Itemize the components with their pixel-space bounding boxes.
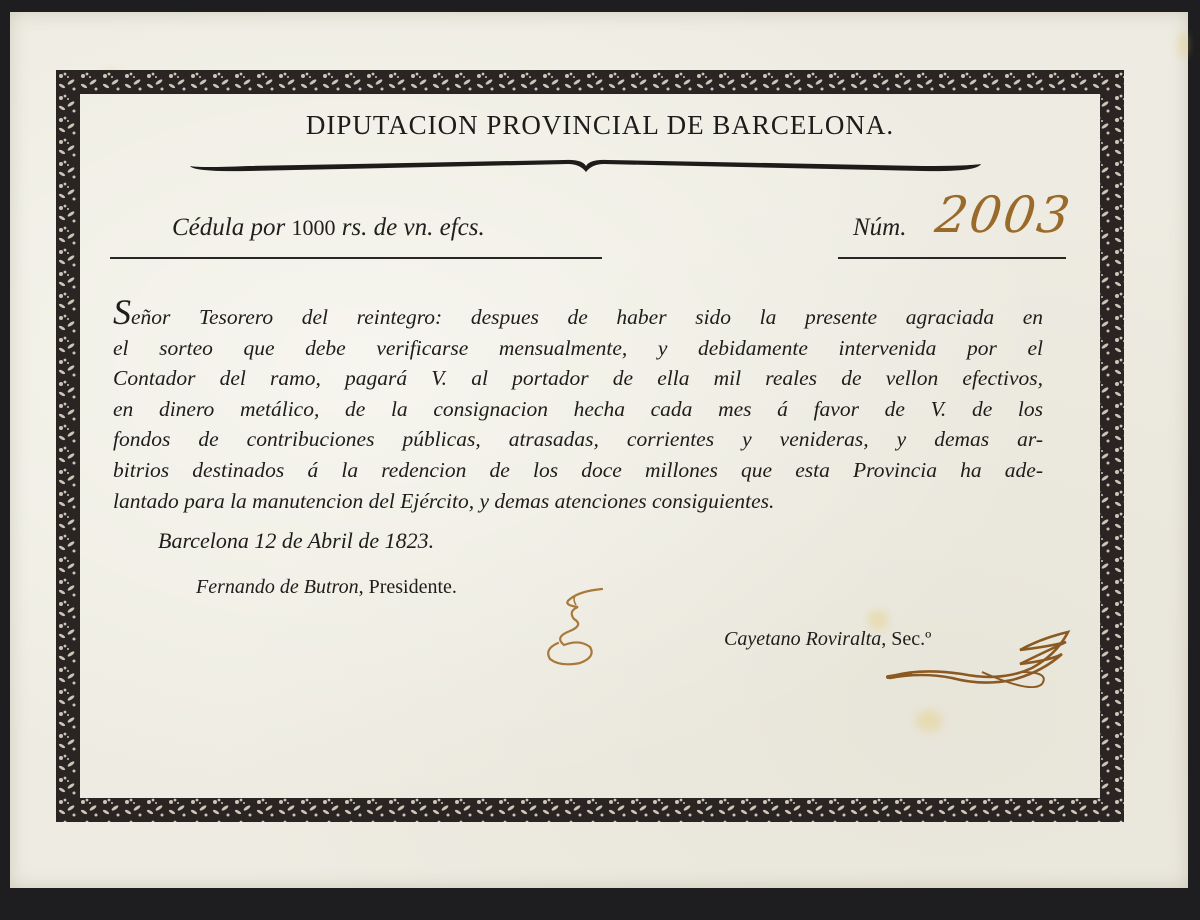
president-rubric-signature-icon <box>540 585 610 670</box>
denomination-suffix: rs. de vn. efcs. <box>335 214 484 241</box>
secretary-name: Cayetano Roviralta <box>724 628 881 650</box>
president-title: , Presidente. <box>359 576 457 598</box>
denomination-underline <box>110 257 602 259</box>
body-line-3: Contador del ramo, pagará V. al portador… <box>113 363 1043 394</box>
body-line-7: lantado para la manutencion del Ejército… <box>113 486 1043 517</box>
document-title: DIPUTACION PROVINCIAL DE BARCELONA. <box>0 110 1200 141</box>
denomination-amount: 1000 <box>291 215 335 240</box>
denomination-prefix: Cédula por <box>172 214 291 241</box>
serial-number-handwritten: 2003 <box>932 186 1075 244</box>
secretary-rubric-signature-icon <box>882 624 1082 700</box>
president-signature-line: Fernando de Butron, Presidente. <box>196 576 457 599</box>
issue-date: Barcelona 12 de Abril de 1823. <box>158 528 434 554</box>
body-paragraph: Señor Tesorero del reintegro: despues de… <box>113 302 1043 516</box>
number-underline <box>838 257 1066 259</box>
president-name: Fernando de Butron <box>196 576 359 598</box>
paper-stain <box>1178 32 1188 58</box>
body-line-6: bitrios destinados á la redencion de los… <box>113 455 1043 486</box>
ornamental-rule-icon <box>188 152 983 176</box>
drop-cap: S <box>113 292 131 332</box>
body-line-2: el sorteo que debe verificarse mensualme… <box>113 333 1043 364</box>
number-label: Núm. <box>853 214 906 242</box>
body-line-4: en dinero metálico, de la consignacion h… <box>113 394 1043 425</box>
body-line-5: fondos de contribuciones públicas, atras… <box>113 424 1043 455</box>
body-line-1: Señor Tesorero del reintegro: despues de… <box>113 302 1043 333</box>
denomination-text: Cédula por 1000 rs. de vn. efcs. <box>172 214 485 242</box>
